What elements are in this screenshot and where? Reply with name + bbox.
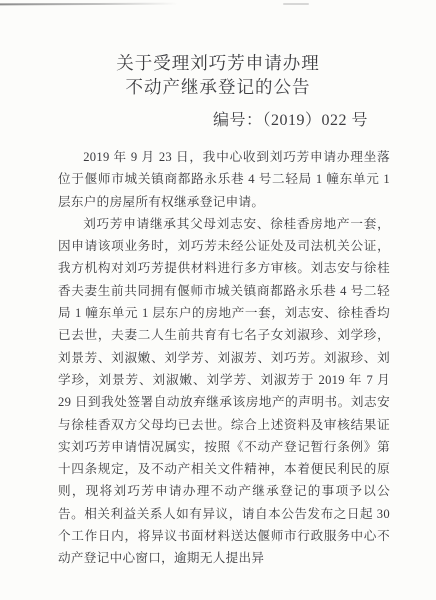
- paragraph-inheritance-details: 刘巧芳申请继承其父母刘志安、徐桂香房地产一套，因申请该项业务时，刘巧芳未经公证处…: [58, 213, 390, 570]
- scanned-document-page: 关于受理刘巧芳申请办理 不动产继承登记的公告 编号：（2019）022 号 20…: [0, 0, 436, 600]
- document-number: 编号：（2019）022 号: [0, 111, 436, 131]
- paragraph-application-received: 2019 年 9 月 23 日，我中心收到刘巧芳申请办理坐落位于偃师市城关镇商都…: [58, 146, 390, 213]
- document-title: 关于受理刘巧芳申请办理 不动产继承登记的公告: [0, 52, 436, 99]
- scan-edge-artifact-dot: [283, 3, 309, 5]
- document-body: 2019 年 9 月 23 日，我中心收到刘巧芳申请办理坐落位于偃师市城关镇商都…: [0, 146, 436, 570]
- document-title-line2: 不动产继承登记的公告: [126, 77, 311, 97]
- document-title-line1: 关于受理刘巧芳申请办理: [116, 53, 320, 73]
- scan-edge-artifact: [0, 3, 178, 6]
